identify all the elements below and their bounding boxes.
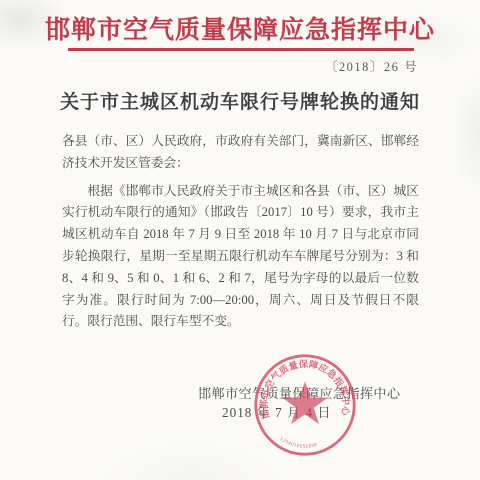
red-divider xyxy=(68,48,414,51)
notice-title: 关于市主城区机动车限行号牌轮换的通知 xyxy=(0,87,480,114)
salutation: 各县（市、区）人民政府，市政府有关部门，冀南新区、邯郸经济技术开发区管委会： xyxy=(62,131,419,175)
seal-code-holder: 1304010051858 xyxy=(279,436,318,449)
doc-number: 〔2018〕26 号 xyxy=(325,57,418,75)
main-paragraph: 根据《邯郸市人民政府关于市主城区和各县（市、区）城区实行机动车限行的通知》（邯政… xyxy=(62,181,419,334)
body-text: 各县（市、区）人民政府，市政府有关部门，冀南新区、邯郸经济技术开发区管委会： 根… xyxy=(62,131,419,333)
seal-code: 1304010051858 xyxy=(279,436,318,449)
official-seal: 邯郸市空气质量保障应急指挥中心 1304010051858 xyxy=(252,352,358,458)
scanned-official-notice: 邯郸市空气质量保障应急指挥中心 〔2018〕26 号 关于市主城区机动车限行号牌… xyxy=(0,0,480,480)
issuing-org-title: 邯郸市空气质量保障应急指挥中心 xyxy=(0,10,480,46)
star-icon xyxy=(282,381,327,424)
